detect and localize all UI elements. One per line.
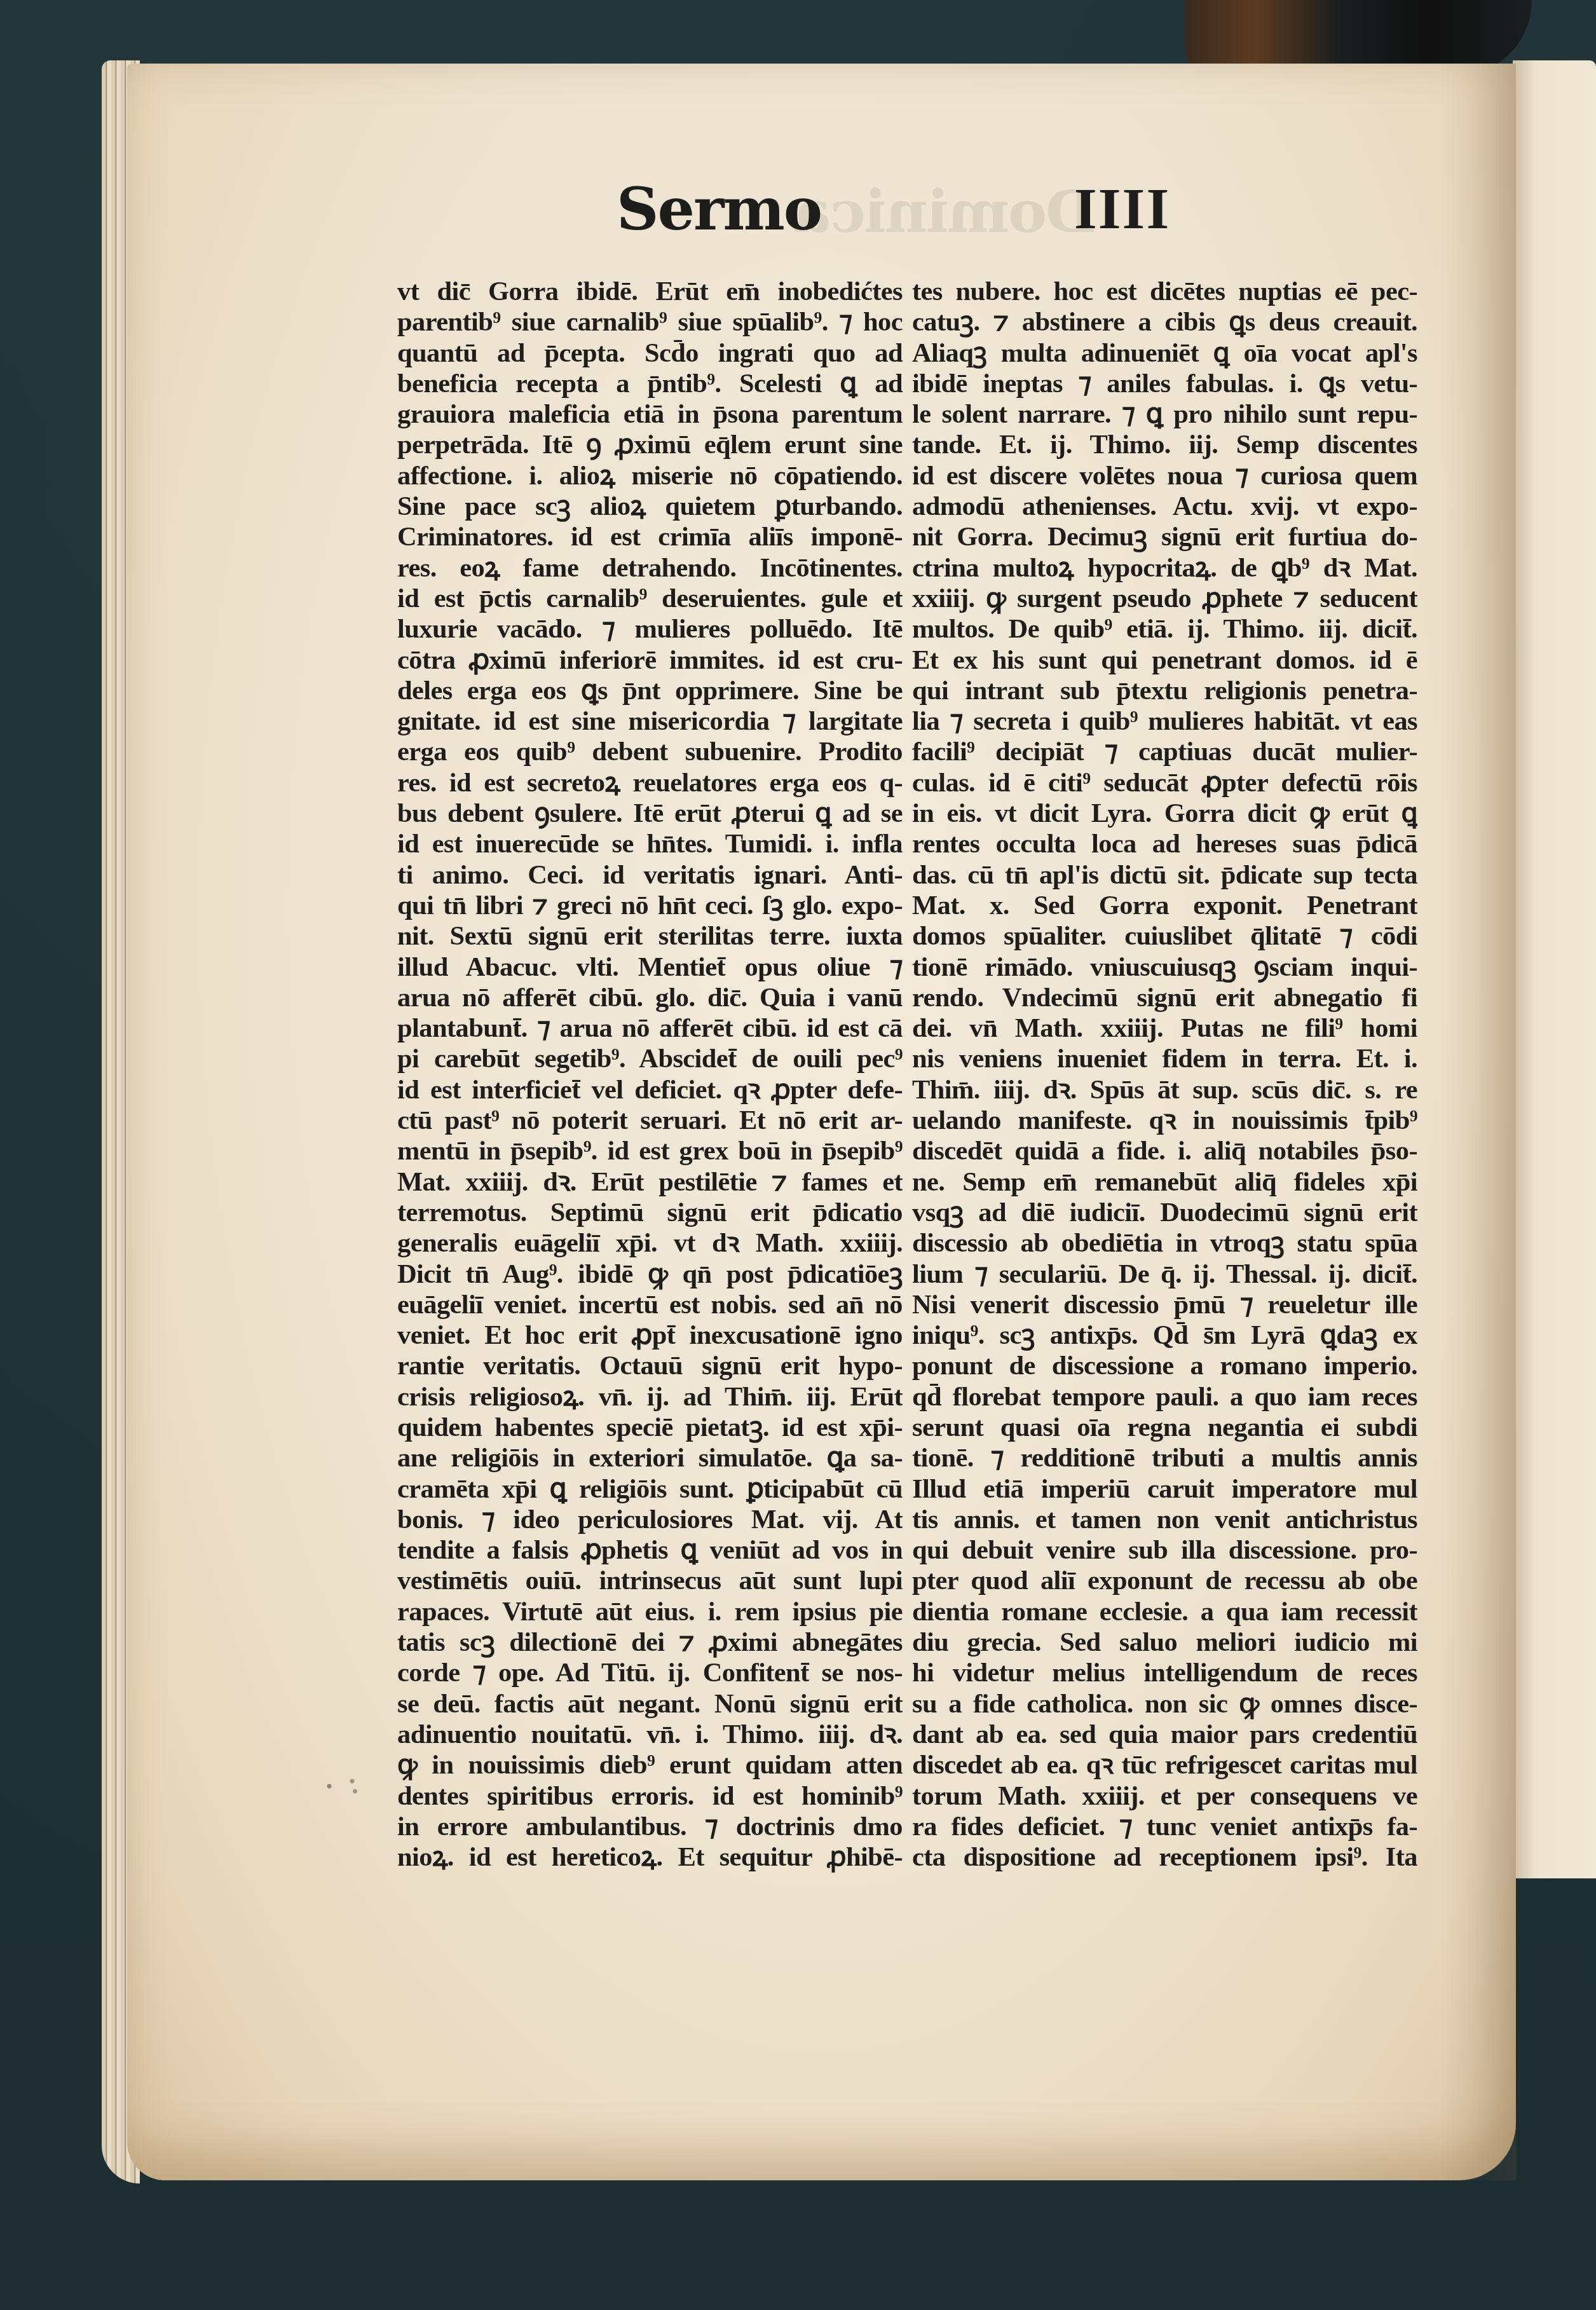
text-line: arua nō afferēt cibū. glo. dic̄. Quia i …: [397, 983, 903, 1013]
text-line: ibidē ineptas ⁊ aniles fabulas. i. ꝗs ve…: [912, 369, 1417, 399]
text-line: ctrina multoꝝ hypocritaꝝ. de ꝗb⁹ dꝛ Mat.: [912, 553, 1417, 584]
text-line: Illud etiā imperiū caruit imperatore mul: [912, 1474, 1417, 1505]
text-column-right: tes nubere. hoc est dicētes nuptias eē p…: [912, 277, 1417, 1873]
text-line: ane religiōis in exteriori simulatōe. ꝗa…: [397, 1443, 903, 1473]
text-line: Sine pace scꝫ alioꝝ quietem ꝑturbando.: [397, 491, 903, 522]
text-line: xxiiij. ꝙ surgent pseudo ꝓphete ⁊ seduce…: [912, 584, 1417, 614]
text-line: admodū athenienses. Actu. xvij. vt expo-: [912, 491, 1417, 522]
text-line: ponunt de discessione a romano imperio.: [912, 1351, 1417, 1381]
text-line: uelando manifeste. qꝛ in nouissimis t̄pi…: [912, 1105, 1417, 1136]
text-line: tande. Et. ij. Thimo. iij. Semp discente…: [912, 430, 1417, 460]
text-line: discedet ab ea. qꝛ tūc refrigescet carit…: [912, 1750, 1417, 1780]
text-line: ꝙ in nouissimis dieb⁹ erunt quidam atten: [397, 1750, 903, 1780]
text-line: adinuentio nouitatū. vn̄. i. Thimo. iiij…: [397, 1719, 903, 1750]
text-line: pter quod aliī exponunt de recessu ab ob…: [912, 1566, 1417, 1596]
text-line: veniet. Et hoc erit ꝓpt̄ inexcusationē i…: [397, 1320, 903, 1351]
text-line: vt dic̄ Gorra ibidē. Erūt em̄ inobedićte…: [397, 277, 903, 307]
text-line: erga eos quib⁹ debent subuenire. Prodito: [397, 737, 903, 767]
text-line: bus debent ꝯsulere. Itē erūt ꝓterui ꝗ ad…: [397, 798, 903, 829]
text-line: tes nubere. hoc est dicētes nuptias eē p…: [912, 277, 1417, 307]
text-line: dientia romane ecclesie. a qua iam reces…: [912, 1597, 1417, 1627]
text-line: das. cū tn̄ apl'is dictū sit. p̄dicate s…: [912, 860, 1417, 891]
text-line: qui intrant sub p̄textu religionis penet…: [912, 676, 1417, 706]
text-line: gnitate. id est sine misericordia ⁊ larg…: [397, 706, 903, 737]
text-line: res. id est secretoꝝ reuelatores erga eo…: [397, 768, 903, 798]
text-line: beneficia recepta a p̄ntib⁹. Scelesti ꝗ …: [397, 369, 903, 399]
text-line: generalis euāgeliī xp̄i. vt dꝛ Math. xxi…: [397, 1228, 903, 1259]
running-head: Dominica Sermo IIII: [127, 175, 1516, 245]
text-line: nioꝝ. id est hereticoꝝ. Et sequitur ꝓhib…: [397, 1842, 903, 1873]
text-line: torum Math. xxiiij. et per consequens ve: [912, 1781, 1417, 1812]
text-line: ctū past⁹ nō poterit seruari. Et nō erit…: [397, 1105, 903, 1136]
text-line: terremotus. Septimū signū erit p̄dicatio: [397, 1198, 903, 1228]
text-line: hi videtur melius intelligendum de reces: [912, 1658, 1417, 1688]
text-line: Nisi venerit discessio p̄mū ⁊ reueletur …: [912, 1290, 1417, 1320]
text-line: Thim̄. iiij. dꝛ. Spūs āt sup. scūs dic̄.…: [912, 1075, 1417, 1105]
text-line: parentib⁹ siue carnalib⁹ siue spūalib⁹. …: [397, 307, 903, 338]
text-line: catuꝫ. ⁊ abstinere a cibis ꝗs deus creau…: [912, 307, 1417, 338]
running-head-title: Sermo: [617, 175, 821, 243]
text-line: diu grecia. Sed saluo meliori iudicio mi: [912, 1627, 1417, 1658]
text-line: lia ⁊ secreta i quib⁹ mulieres habitāt. …: [912, 706, 1417, 737]
text-line: culas. id ē citi⁹ seducāt ꝓpter defectū …: [912, 768, 1417, 798]
text-line: id est p̄ctis carnalib⁹ deseruientes. gu…: [397, 584, 903, 614]
facing-page-edge: [1513, 60, 1596, 1878]
text-line: dentes spiritibus erroris. id est homini…: [397, 1781, 903, 1812]
text-line: tendite a falsis ꝓphetis ꝗ veniūt ad vos…: [397, 1535, 903, 1566]
text-line: perpetrāda. Itē ꝯ ꝓximū eq̄lem erunt sin…: [397, 430, 903, 460]
text-line: rendo. Vndecimū signū erit abnegatio fi: [912, 983, 1417, 1013]
text-line: illud Abacuc. vlti. Mentiet̄ opus oliue …: [397, 952, 903, 983]
text-line: corde ⁊ ope. Ad Titū. ij. Confitent̄ se …: [397, 1658, 903, 1688]
show-through-text: Dominica: [795, 177, 1096, 246]
text-line: Mat. xxiiij. dꝛ. Erūt pestilētie ⁊ fames…: [397, 1167, 903, 1198]
text-line: rantie veritatis. Octauū signū erit hypo…: [397, 1351, 903, 1381]
text-line: luxurie vacādo. ⁊ mulieres polluēdo. Itē: [397, 614, 903, 645]
text-line: tionē. ⁊ redditionē tributi a multis ann…: [912, 1443, 1417, 1473]
text-line: nit. Sextū signū erit sterilitas terre. …: [397, 921, 903, 952]
text-line: discessio ab obediētia in vtroqꝫ statu s…: [912, 1228, 1417, 1259]
text-line: id est discere volētes noua ⁊ curiosa qu…: [912, 461, 1417, 491]
text-line: id est inuerecūde se hn̄tes. Tumidi. i. …: [397, 829, 903, 859]
text-line: pi carebūt segetib⁹. Abscidet̄ de ouili …: [397, 1044, 903, 1074]
text-line: Criminatores. id est crimīa aliīs imponē…: [397, 522, 903, 552]
text-line: cramēta xp̄i ꝗ religiōis sunt. ꝑticipabū…: [397, 1474, 903, 1505]
text-line: cta dispositione ad receptionem ipsi⁹. I…: [912, 1842, 1417, 1873]
text-line: bonis. ⁊ ideo periculosiores Mat. vij. A…: [397, 1505, 903, 1535]
text-line: Mat. x. Sed Gorra exponit. Penetrant: [912, 891, 1417, 921]
text-line: ti animo. Ceci. id veritatis ignari. Ant…: [397, 860, 903, 891]
text-line: multos. De quib⁹ etiā. ij. Thimo. iij. d…: [912, 614, 1417, 645]
gutter-shadow: [1440, 64, 1516, 2180]
text-line: serunt quasi oīa regna negantia ei subdi: [912, 1412, 1417, 1443]
text-line: grauiora maleficia etiā in p̄sona parent…: [397, 399, 903, 430]
text-line: rentes occulta loca ad hereses suas p̄di…: [912, 829, 1417, 859]
text-line: vsqꝫ ad diē iudiciī. Duodecimū signū eri…: [912, 1198, 1417, 1228]
text-line: affectione. i. alioꝝ miserie nō cōpatien…: [397, 461, 903, 491]
text-line: id est interficiet̄ vel deficiet. qꝛ ꝓpt…: [397, 1075, 903, 1105]
text-line: tatis scꝫ dilectionē dei ⁊ ꝓximi abnegāt…: [397, 1627, 903, 1658]
text-line: domos spūaliter. cuiuslibet q̄litatē ⁊ c…: [912, 921, 1417, 952]
text-line: nit Gorra. Decimuꝫ signū erit furtiua do…: [912, 522, 1417, 552]
text-line: dant ab ea. sed quia maior pars credenti…: [912, 1719, 1417, 1750]
text-line: in errore ambulantibus. ⁊ doctrinis dmo: [397, 1812, 903, 1842]
text-line: deles erga eos ꝗs p̄nt opprimere. Sine b…: [397, 676, 903, 706]
text-line: su a fide catholica. non sic ꝙ omnes dis…: [912, 1689, 1417, 1719]
text-line: iniqu⁹. scꝫ antixp̄s. Qd̄ s̄m Lyrā ꝗdaꝫ …: [912, 1320, 1417, 1351]
text-line: lium ⁊ seculariū. De q̄. ij. Thessal. ij…: [912, 1259, 1417, 1290]
text-line: cōtra ꝓximū inferiorē immites. id est cr…: [397, 645, 903, 676]
text-line: plantabunt̄. ⁊ arua nō afferēt cibū. id …: [397, 1013, 903, 1044]
text-line: euāgeliī veniet. incertū est nobis. sed …: [397, 1290, 903, 1320]
text-line: nis veniens inueniet fidem in terra. Et.…: [912, 1044, 1417, 1074]
ink-specks: [318, 1774, 375, 1799]
text-line: quantū ad p̄cepta. Scd̄o ingrati quo ad: [397, 338, 903, 369]
text-line: tionē rimādo. vniuscuiusqꝫ ꝯsciam inqui-: [912, 952, 1417, 983]
running-head-number: IIII: [1074, 175, 1170, 242]
text-column-left: vt dic̄ Gorra ibidē. Erūt em̄ inobedićte…: [397, 277, 903, 1873]
text-line: discedēt quidā a fide. i. aliq̄ notabile…: [912, 1136, 1417, 1166]
text-line: qd̄ florebat tempore pauli. a quo iam re…: [912, 1382, 1417, 1412]
text-line: crisis religiosoꝝ. vn̄. ij. ad Thim̄. ii…: [397, 1382, 903, 1412]
text-line: Et ex his sunt qui penetrant domos. id ē: [912, 645, 1417, 676]
text-line: qui debuit venire sub illa discessione. …: [912, 1535, 1417, 1566]
verso-page: Dominica Sermo IIII vt dic̄ Gorra ibidē.…: [127, 64, 1516, 2180]
text-line: dei. vn̄ Math. xxiiij. Putas ne fili⁹ ho…: [912, 1013, 1417, 1044]
text-line: le solent narrare. ⁊ ꝗ pro nihilo sunt r…: [912, 399, 1417, 430]
text-line: Dicit tn̄ Aug⁹. ibidē ꝙ qn̄ post p̄dicat…: [397, 1259, 903, 1290]
text-line: vestimētis ouiū. intrinsecus aūt sunt lu…: [397, 1566, 903, 1596]
text-line: res. eoꝝ fame detrahendo. Incōtinentes.: [397, 553, 903, 584]
text-line: ne. Semp em̄ remanebūt aliq̄ fideles xp̄…: [912, 1167, 1417, 1198]
text-line: in eis. vt dicit Lyra. Gorra dicit ꝙ erū…: [912, 798, 1417, 829]
text-line: qui tn̄ libri ⁊ greci nō hn̄t ceci. ſꝫ g…: [397, 891, 903, 921]
text-line: rapaces. Virtutē aūt eius. i. rem ipsius…: [397, 1597, 903, 1627]
text-line: quidem habentes speciē pietatꝫ. id est x…: [397, 1412, 903, 1443]
text-line: tis annis. et tamen non venit antichrist…: [912, 1505, 1417, 1535]
text-line: ra fides deficiet. ⁊ tunc veniet antixp̄…: [912, 1812, 1417, 1842]
text-line: facili⁹ decipiāt ⁊ captiuas ducāt mulier…: [912, 737, 1417, 767]
text-line: se deū. factis aūt negant. Nonū signū er…: [397, 1689, 903, 1719]
text-line: Aliaqꝫ multa adinueniēt ꝗ oīa vocat apl'…: [912, 338, 1417, 369]
text-line: mentū in p̄sepib⁹. id est grex boū in p̄…: [397, 1136, 903, 1166]
